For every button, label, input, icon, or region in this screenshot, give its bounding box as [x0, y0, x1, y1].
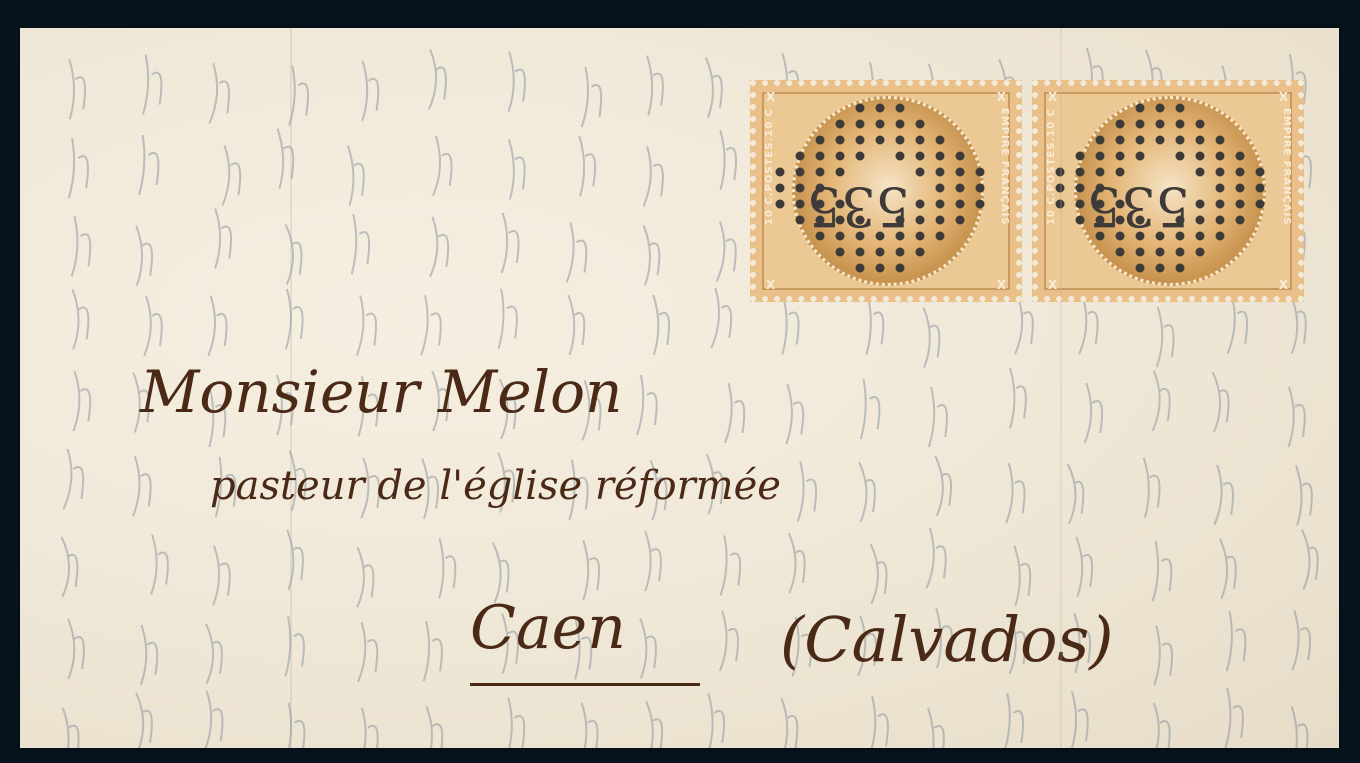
address-city: Caen	[470, 593, 626, 663]
address-department: (Calvados)	[780, 603, 1113, 676]
address-name: Monsieur Melon	[140, 358, 622, 426]
address-title: pasteur de l'église réformée	[210, 463, 781, 509]
postal-cover: 10 C.POSTES.10 C EMPIRE FRANÇAIS X X X X…	[20, 28, 1339, 748]
city-underline	[470, 683, 700, 686]
cancel-number: 535	[807, 175, 910, 238]
cancel-number: 535	[1087, 175, 1190, 238]
